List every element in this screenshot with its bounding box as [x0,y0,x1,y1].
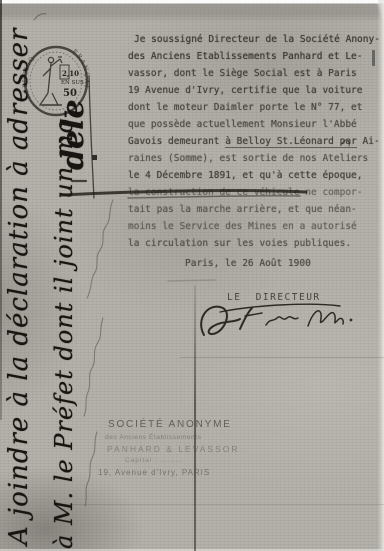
body-line-4: 19 Avenue d'Ivry, certifie que la voitur… [128,85,363,96]
body-line-9-underlined: le 4 Décembre 1891 [128,170,231,181]
letterhead-capital: Capital : ……… [125,457,286,464]
letterhead-subtitle: des Anciens Établissements [105,434,286,441]
left-edge-shadow [0,0,2,420]
letterhead-brand: PANHARD & LEVASSOR [107,444,286,454]
letterhead-company: SOCIÉTÉ ANONYME [108,419,286,430]
body-line-12: moins le Service des Mines en a autorisé [128,221,357,232]
typed-body: Je soussigné Directeur de la Société Ano… [128,31,382,272]
body-line-2: des Anciens Etablissements Panhard et Le… [128,51,363,62]
body-line-6: que possède actuellement Monsieur l'Abbé [128,119,357,130]
body-line-9b: , et qu'à cette époque, [231,170,363,181]
margin-note-line3: dèle [56,50,96,170]
body-line-1: Je soussigné Directeur de la Société Ano… [134,34,380,45]
body-line-8: raines (Somme), est sortie de nos Atelie… [128,153,368,164]
fold-crease-horizontal-1 [180,357,384,358]
body-line-7-underlined: à Belloy St.Léonard par [225,136,357,148]
body-line-11: tait pas la marche arrière, et que néan- [128,204,357,215]
body-line-3: vassor, dont le Siège Social est à Paris [128,68,357,79]
hair-mark [34,14,46,20]
scanned-document-page: RÉPUBLIQUE FRANÇAISE 2,10 EN SUS 50 A jo… [0,0,384,551]
body-line-13: la circulation sur les voies publiques. [128,238,351,249]
director-signature [190,299,360,347]
body-line-7c: Ai- [357,136,380,147]
body-line-5: dont le moteur Daimler porte le N° 77, e… [128,102,363,113]
smudge-mark [168,280,216,281]
margin-note-line2: à M. le Préfet dont il joint un mo- [50,167,92,549]
letterhead-address: 19, Avenue d'Ivry, PARIS [98,468,286,477]
fold-crease-horizontal-2 [55,504,384,505]
letterhead-stamp: SOCIÉTÉ ANONYME des Anciens Établissemen… [96,419,286,477]
margin-note-line1: A joindre à la déclaration à adresser [4,25,48,545]
body-line-7a: Gavois demeurant [128,136,225,147]
dateline: Paris, le 26 Août 1900 [185,258,311,269]
body-line-10: la construction de ce véhicule ne compor… [128,187,363,198]
